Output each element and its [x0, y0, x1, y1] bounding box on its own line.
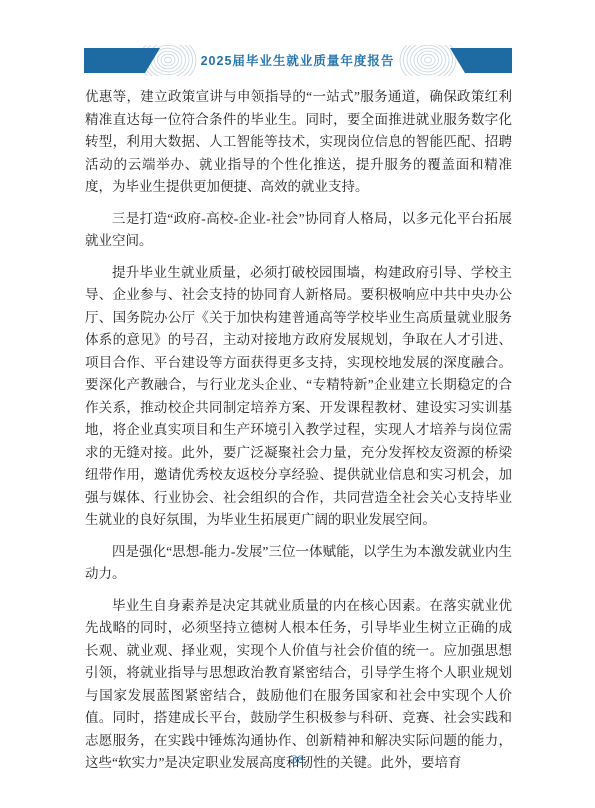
page-body: 优惠等，建立政策宣讲与申领指导的“一站式”服务通道，确保政策红利精准直达每一位符…	[85, 86, 512, 784]
page-header: 2025届毕业生就业质量年度报告	[0, 0, 595, 80]
report-page: 2025届毕业生就业质量年度报告	[0, 0, 595, 808]
fingerprint-icon	[394, 45, 456, 76]
paragraph-continuation: 优惠等，建立政策宣讲与申领指导的“一站式”服务通道，确保政策红利精准直达每一位符…	[85, 86, 512, 199]
blue-bar-right	[450, 48, 512, 73]
paragraph-detail-four: 毕业生自身素养是决定其就业质量的内在核心因素。在落实就业优先战略的同时，必须坚持…	[85, 595, 512, 775]
paragraph-point-four: 四是强化“思想-能力-发展”三位一体赋能，以学生为本激发就业内生动力。	[85, 541, 512, 586]
header-decoration-right	[391, 48, 512, 73]
paragraph-point-three: 三是打造“政府-高校-企业-社会”协同育人格局，以多元化平台拓展就业空间。	[85, 208, 512, 253]
paragraph-detail-three: 提升毕业生就业质量，必须打破校园围墙，构建政府引导、学校主导、企业参与、社会支持…	[85, 262, 512, 532]
page-number: 38	[0, 752, 595, 767]
